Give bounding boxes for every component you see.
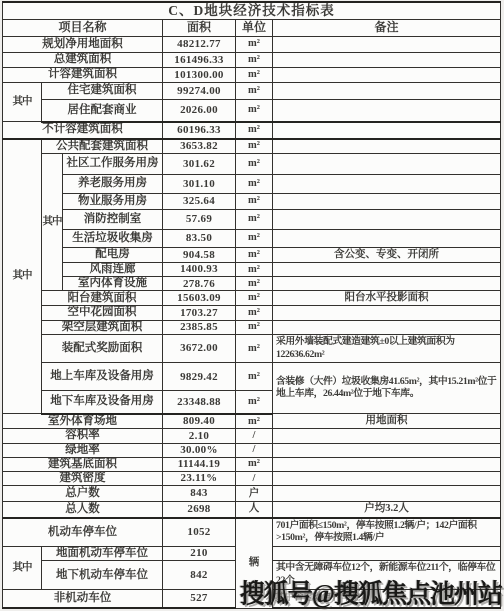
item-name: 消防控制室: [63, 210, 163, 230]
area-value: 809.40: [163, 414, 236, 429]
unit-value: m²: [236, 320, 273, 334]
unit-value: m²: [236, 230, 273, 248]
table-row: 架空层建筑面积 2385.85 m²: [3, 320, 501, 334]
item-name: 不计容建筑面积: [3, 122, 163, 139]
note-value: [273, 277, 501, 291]
area-value: 99274.00: [163, 83, 236, 100]
unit-value: m²: [236, 194, 273, 210]
group-label: 其中: [3, 547, 42, 590]
item-name: 空中花园面积: [42, 306, 163, 320]
unit-value: m²: [236, 391, 273, 414]
group-label: 其中: [3, 139, 42, 414]
table-row: 容积率 2.10 /: [3, 429, 501, 443]
area-value: 2.10: [163, 429, 236, 443]
note-value: [273, 547, 501, 561]
unit-value: m²: [236, 363, 273, 391]
item-name: 公共配套建筑面积: [42, 139, 163, 154]
unit-value: m²: [236, 139, 273, 154]
unit-value: m²: [236, 175, 273, 194]
note-value: [273, 486, 501, 502]
group-label: 其中: [3, 83, 42, 122]
item-name: 计容建筑面积: [3, 68, 163, 83]
note-value: 含装修（大件）垃圾收集房41.65m²，其中15.21m²位于地上车库，26.4…: [273, 363, 501, 414]
unit-value: m²: [236, 37, 273, 53]
table-row: 绿地率 30.00% /: [3, 443, 501, 457]
area-value: 301.10: [163, 175, 236, 194]
note-value: [273, 194, 501, 210]
area-value: 3653.82: [163, 139, 236, 154]
note-value: 采用外墙装配式建造建筑±0以上建筑面积为122636.62m²: [273, 334, 501, 362]
item-name: 总人数: [3, 502, 163, 518]
table-row: 规划净用地面积 48212.77 m²: [3, 37, 501, 53]
scanned-document-page: C、D地块经济技术指标表 项目名称 面积 单位 备注 规划净用地面积 48212…: [0, 0, 504, 611]
item-name: 地上车库及设备用房: [42, 363, 163, 391]
item-name: 配电房: [63, 248, 163, 263]
note-value: [273, 230, 501, 248]
note-value: 阳台水平投影面积: [273, 291, 501, 306]
area-value: 57.69: [163, 210, 236, 230]
table-row: 物业服务用房 325.64 m²: [3, 194, 501, 210]
unit-value: 户: [236, 486, 273, 502]
area-value: 83.50: [163, 230, 236, 248]
item-name: 室内体育设施: [63, 277, 163, 291]
table-row: 配电房 904.58 m² 含公变、专变、开闭所: [3, 248, 501, 263]
note-value: [273, 306, 501, 320]
unit-value: m²: [236, 210, 273, 230]
area-value: 842: [163, 561, 236, 589]
area-value: 2026.00: [163, 100, 236, 122]
group-label: 其中: [42, 154, 63, 291]
note-value: [273, 457, 501, 471]
area-value: 527: [163, 589, 236, 608]
item-name: 地面机动车停车位: [42, 547, 163, 561]
note-value: [273, 68, 501, 83]
note-value: [273, 263, 501, 277]
sohu-watermark: 搜狐号@搜狐焦点池州站: [240, 573, 502, 611]
note-value: [273, 139, 501, 154]
unit-value: m²: [236, 122, 273, 139]
note-value: [273, 175, 501, 194]
note-value: [273, 83, 501, 100]
area-value: 11144.19: [163, 457, 236, 471]
area-value: 161496.33: [163, 53, 236, 68]
table-row: 总人数 2698 人 户均3.2人: [3, 502, 501, 518]
item-name: 社区工作服务用房: [63, 154, 163, 175]
table-row: 居住配套商业 2026.00 m²: [3, 100, 501, 122]
table-row: 空中花园面积 1703.27 m²: [3, 306, 501, 320]
table-row: 其中 社区工作服务用房 301.62 m²: [3, 154, 501, 175]
table-row: 其中 公共配套建筑面积 3653.82 m²: [3, 139, 501, 154]
header-item-name: 项目名称: [3, 20, 163, 37]
item-name: 风雨连廊: [63, 263, 163, 277]
area-value: 2698: [163, 502, 236, 518]
item-name: 绿地率: [3, 443, 163, 457]
table-row: 总建筑面积 161496.33 m²: [3, 53, 501, 68]
item-name: 建筑基底面积: [3, 457, 163, 471]
area-value: 3672.00: [163, 334, 236, 362]
item-name: 建筑密度: [3, 472, 163, 486]
area-value: 101300.00: [163, 68, 236, 83]
item-name: 生活垃圾收集房: [63, 230, 163, 248]
area-value: 1703.27: [163, 306, 236, 320]
area-value: 23348.88: [163, 391, 236, 414]
note-value: [273, 154, 501, 175]
area-value: 48212.77: [163, 37, 236, 53]
item-name: 居住配套商业: [42, 100, 163, 122]
unit-value: m²: [236, 277, 273, 291]
area-value: 30.00%: [163, 443, 236, 457]
item-name: 地下车库及设备用房: [42, 391, 163, 414]
table-row: 装配式奖励面积 3672.00 m² 采用外墙装配式建造建筑±0以上建筑面积为1…: [3, 334, 501, 362]
note-value: 用地面积: [273, 414, 501, 429]
area-value: 1400.93: [163, 263, 236, 277]
table-row: 计容建筑面积 101300.00 m²: [3, 68, 501, 83]
table-row: 机动车停车位 1052 辆 701户面积≤150m²，停车按照1.2辆/户；14…: [3, 518, 501, 547]
area-value: 210: [163, 547, 236, 561]
area-value: 23.11%: [163, 472, 236, 486]
area-value: 60196.33: [163, 122, 236, 139]
unit-value: m²: [236, 100, 273, 122]
item-name: 物业服务用房: [63, 194, 163, 210]
item-name: 总户数: [3, 486, 163, 502]
note-value: [273, 53, 501, 68]
area-value: 9829.42: [163, 363, 236, 391]
unit-value: m²: [236, 334, 273, 362]
table-row: 风雨连廊 1400.93 m²: [3, 263, 501, 277]
table-row: 养老服务用房 301.10 m²: [3, 175, 501, 194]
note-value: [273, 472, 501, 486]
table-row: 地上车库及设备用房 9829.42 m² 含装修（大件）垃圾收集房41.65m²…: [3, 363, 501, 391]
area-value: 15603.09: [163, 291, 236, 306]
item-name: 装配式奖励面积: [42, 334, 163, 362]
table-row: 生活垃圾收集房 83.50 m²: [3, 230, 501, 248]
unit-value: /: [236, 443, 273, 457]
unit-value: 人: [236, 502, 273, 518]
area-value: 278.76: [163, 277, 236, 291]
area-value: 301.62: [163, 154, 236, 175]
unit-value: m²: [236, 154, 273, 175]
note-value: [273, 210, 501, 230]
table-row: 室内体育设施 278.76 m²: [3, 277, 501, 291]
unit-value: m²: [236, 53, 273, 68]
table-row: 总户数 843 户: [3, 486, 501, 502]
unit-value: m²: [236, 306, 273, 320]
note-value: 户均3.2人: [273, 502, 501, 518]
item-name: 容积率: [3, 429, 163, 443]
indicator-table: C、D地块经济技术指标表 项目名称 面积 单位 备注 规划净用地面积 48212…: [2, 1, 501, 609]
unit-value: m²: [236, 414, 273, 429]
item-name: 总建筑面积: [3, 53, 163, 68]
area-value: 1052: [163, 518, 236, 547]
table-row: 阳台建筑面积 15603.09 m² 阳台水平投影面积: [3, 291, 501, 306]
table-row: 建筑基底面积 11144.19 m²: [3, 457, 501, 471]
unit-value: m²: [236, 68, 273, 83]
unit-value: m²: [236, 263, 273, 277]
item-name: 室外体育场地: [3, 414, 163, 429]
item-name: 机动车停车位: [3, 518, 163, 547]
area-value: 325.64: [163, 194, 236, 210]
area-value: 904.58: [163, 248, 236, 263]
note-value: 701户面积≤150m²，停车按照1.2辆/户；142户面积>150m²，停车按…: [273, 518, 501, 547]
header-unit: 单位: [236, 20, 273, 37]
header-note: 备注: [273, 20, 501, 37]
note-value: [273, 122, 501, 139]
item-name: 非机动车位: [3, 589, 163, 608]
note-value: [273, 100, 501, 122]
item-name: 架空层建筑面积: [42, 320, 163, 334]
item-name: 住宅建筑面积: [42, 83, 163, 100]
unit-value: /: [236, 472, 273, 486]
table-title: C、D地块经济技术指标表: [3, 2, 501, 20]
item-name: 阳台建筑面积: [42, 291, 163, 306]
table-row: 其中 住宅建筑面积 99274.00 m²: [3, 83, 501, 100]
area-value: 843: [163, 486, 236, 502]
note-value: [273, 320, 501, 334]
unit-value: /: [236, 429, 273, 443]
item-name: 地下机动车停车位: [42, 561, 163, 589]
note-value: [273, 443, 501, 457]
unit-value: m²: [236, 83, 273, 100]
unit-value: m²: [236, 248, 273, 263]
area-value: 2385.85: [163, 320, 236, 334]
table-row: 消防控制室 57.69 m²: [3, 210, 501, 230]
table-row: 室外体育场地 809.40 m² 用地面积: [3, 414, 501, 429]
header-area: 面积: [163, 20, 236, 37]
unit-value: m²: [236, 291, 273, 306]
table-row: 建筑密度 23.11% /: [3, 472, 501, 486]
unit-value: m²: [236, 457, 273, 471]
item-name: 养老服务用房: [63, 175, 163, 194]
note-value: [273, 37, 501, 53]
note-value: 含公变、专变、开闭所: [273, 248, 501, 263]
note-value: [273, 429, 501, 443]
table-row: 不计容建筑面积 60196.33 m²: [3, 122, 501, 139]
item-name: 规划净用地面积: [3, 37, 163, 53]
